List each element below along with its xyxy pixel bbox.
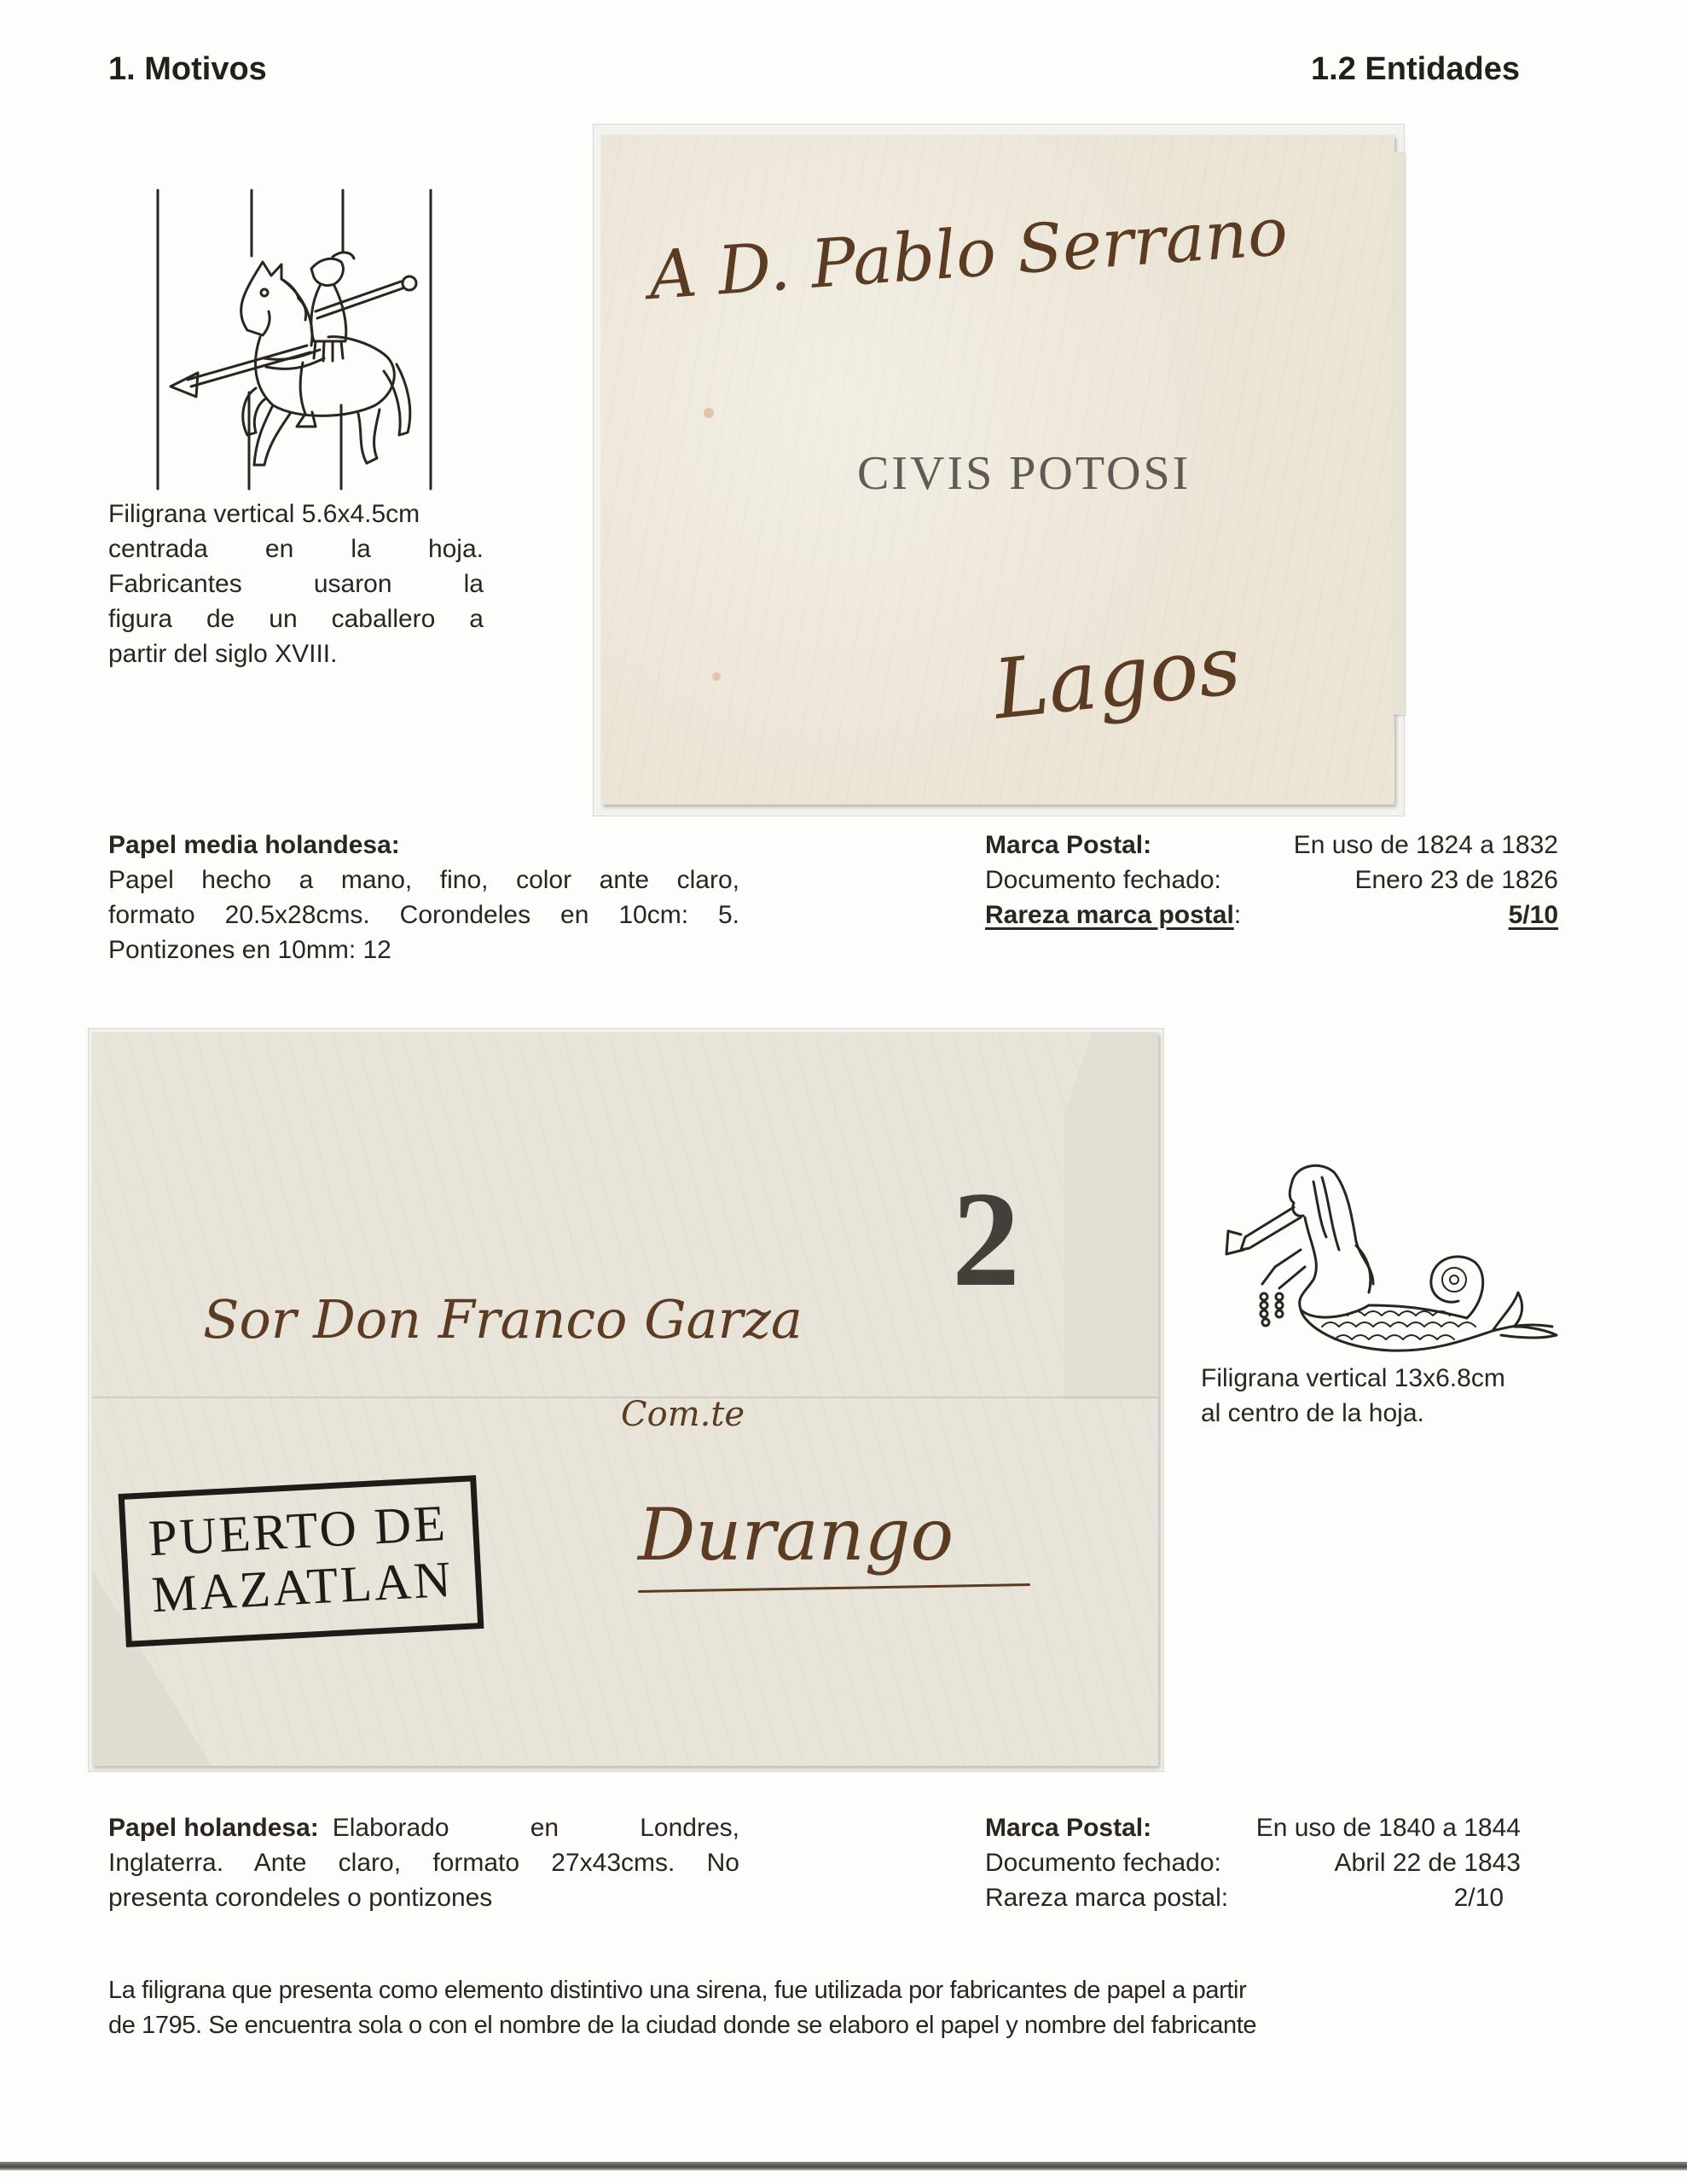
rareza-value: 2/10 — [1454, 1880, 1504, 1915]
destination-underline — [638, 1583, 1030, 1593]
rareza-label: Rareza marca postal — [985, 901, 1234, 929]
marca-postal-row: Marca Postal: En uso de 1824 a 1832 — [985, 828, 1558, 863]
rareza-row: Rareza marca postal: 2/10 — [985, 1880, 1521, 1915]
caption-line: al centro de la hoja. — [1201, 1396, 1576, 1431]
letter-1-postmark: CIVIS POTOSI — [857, 446, 1191, 501]
letter-2-address: Sor Don Franco Garza — [203, 1288, 803, 1350]
footer-note-line: La filigrana que presenta como elemento … — [108, 1973, 1562, 2008]
paper-1-description: Papel media holandesa: Papel hecho a man… — [108, 828, 739, 967]
caption-line: figura de un caballero a — [108, 601, 484, 636]
paper-1-line: Papel hecho a mano, fino, color ante cla… — [108, 863, 739, 897]
rareza-row: Rareza marca postal: 5/10 — [985, 897, 1558, 932]
postal-2-info: Marca Postal: En uso de 1840 a 1844 Docu… — [985, 1810, 1521, 1915]
footer-note: La filigrana que presenta como elemento … — [108, 1973, 1562, 2043]
letter-2-rate-mark: 2 — [952, 1160, 1020, 1318]
caption-line: partir del siglo XVIII. — [108, 636, 484, 671]
rareza-value: 5/10 — [1509, 897, 1558, 932]
documento-fechado-label: Documento fechado: — [985, 1845, 1221, 1880]
mermaid-watermark-icon — [1211, 1156, 1569, 1352]
paper-2-title: Papel holandesa: — [108, 1810, 319, 1845]
letter-1-address: A D. Pablo Serrano — [646, 194, 1290, 315]
paper-1-line: formato 20.5x28cms. Corondeles en 10cm: … — [108, 897, 739, 932]
paper-2-line: Elaborado en Londres, — [333, 1810, 739, 1845]
letter-1-destination: Lagos — [989, 617, 1245, 738]
watermark-2-caption: Filigrana vertical 13x6.8cm al centro de… — [1201, 1361, 1576, 1431]
footer-note-line: de 1795. Se encuentra sola o con el nomb… — [108, 2008, 1562, 2043]
marca-postal-label: Marca Postal: — [985, 828, 1151, 863]
knight-on-horse-watermark-icon — [154, 183, 443, 491]
documento-fechado-label: Documento fechado: — [985, 863, 1221, 897]
foxing-spot — [704, 408, 714, 418]
paper-1-line: Pontizones en 10mm: 12 — [108, 932, 739, 967]
paper-2-line: presenta corondeles o pontizones — [108, 1880, 739, 1915]
marca-postal-label: Marca Postal: — [985, 1810, 1151, 1845]
section-title: 1. Motivos — [108, 51, 267, 88]
caption-line: Fabricantes usaron la — [108, 566, 484, 601]
puerto-de-mazatlan-postmark: PUERTO DE MAZATLAN — [119, 1475, 484, 1647]
caption-line: centrada en la hoja. — [108, 531, 484, 566]
documento-fechado-row: Documento fechado: Abril 22 de 1843 — [985, 1845, 1521, 1880]
letter-1-fold-edge — [1393, 152, 1405, 715]
paper-2-first-line: Papel holandesa: Elaborado en Londres, — [108, 1810, 739, 1845]
postal-1-info: Marca Postal: En uso de 1824 a 1832 Docu… — [985, 828, 1558, 932]
marca-postal-row: Marca Postal: En uso de 1840 a 1844 — [985, 1810, 1521, 1845]
caption-line: Filigrana vertical 13x6.8cm — [1201, 1361, 1576, 1396]
marca-postal-value: En uso de 1840 a 1844 — [1256, 1810, 1521, 1845]
rareza-colon: : — [1234, 901, 1241, 929]
letter-2-destination: Durango — [638, 1493, 954, 1577]
paper-1-title: Papel media holandesa: — [108, 828, 739, 863]
rareza-label: Rareza marca postal: — [985, 1880, 1228, 1915]
paper-2-description: Papel holandesa: Elaborado en Londres, I… — [108, 1810, 739, 1915]
letter-2-cover-image: 2 Sor Don Franco Garza Com.te Durango PU… — [92, 1032, 1158, 1766]
letter-1-cover-image: A D. Pablo Serrano CIVIS POTOSI Lagos — [601, 135, 1394, 804]
paper-2-line: Inglaterra. Ante claro, formato 27x43cms… — [108, 1845, 739, 1880]
page-bottom-edge — [0, 2162, 1687, 2170]
documento-fechado-value: Abril 22 de 1843 — [1335, 1845, 1522, 1880]
watermark-1-caption: Filigrana vertical 5.6x4.5cm centrada en… — [108, 497, 484, 671]
marca-postal-value: En uso de 1824 a 1832 — [1294, 828, 1558, 863]
caption-line: Filigrana vertical 5.6x4.5cm — [108, 497, 484, 531]
subsection-title: 1.2 Entidades — [1311, 51, 1520, 88]
documento-fechado-row: Documento fechado: Enero 23 de 1826 — [985, 863, 1558, 897]
letter-2-fold-flap — [1064, 1032, 1158, 1399]
letter-2-address-line-2: Com.te — [621, 1395, 745, 1434]
documento-fechado-value: Enero 23 de 1826 — [1354, 863, 1558, 897]
foxing-spot — [712, 672, 721, 681]
